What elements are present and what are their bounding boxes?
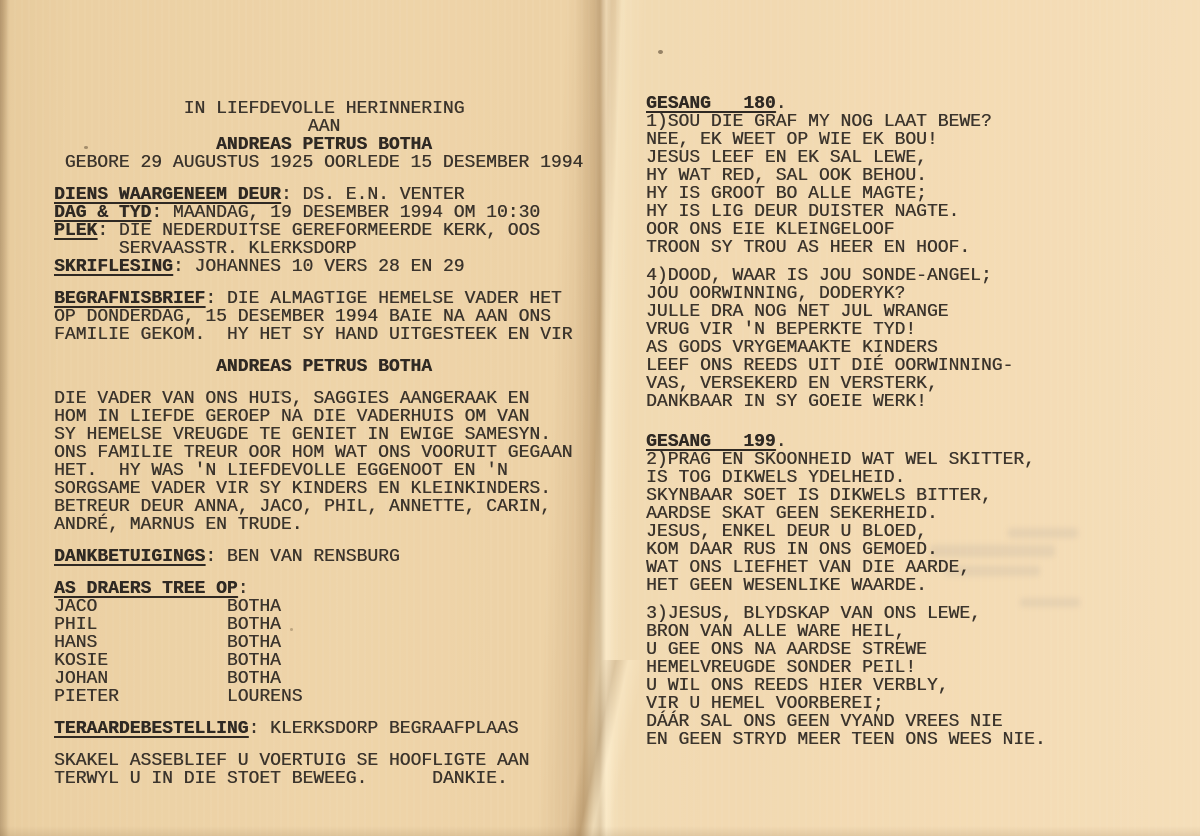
pallbearer-row-4: KOSIEBOTHA: [54, 652, 594, 670]
line-text: HY IS GROOT BO ALLE MAGTE;: [646, 184, 927, 204]
line-text: .: [776, 94, 787, 114]
line-text: KOM DAAR RUS IN ONS GEMOED.: [646, 540, 938, 560]
left-page-column: IN LIEFDEVOLLE HERINNERINGAANANDREAS PET…: [54, 100, 594, 788]
underlined-label: AS DRAERS TREE OP: [54, 579, 238, 599]
line-text: SORGSAME VADER VIR SY KINDERS EN KLEINKI…: [54, 479, 551, 499]
line-gap: [54, 172, 594, 186]
line-text: IN LIEFDEVOLLE HERINNERING: [184, 99, 465, 119]
deceased-name-repeat: ANDREAS PETRUS BOTHA: [54, 358, 594, 376]
line-text: HET. HY WAS 'N LIEFDEVOLLE EGGENOOT EN '…: [54, 461, 508, 481]
pallbearer-row-6: PIETERLOURENS: [54, 688, 594, 706]
hymn-199-v3-line-2: BRON VAN ALLE WARE HEIL,: [646, 623, 1176, 641]
line-text: 2)PRAG EN SKOONHEID WAT WEL SKITTER,: [646, 450, 1035, 470]
line-text: : BEN VAN RENSBURG: [205, 547, 399, 567]
hymn-180-v4-line-5: AS GODS VRYGEMAAKTE KINDERS: [646, 339, 1176, 357]
hymn-199-v2-line-3: SKYNBAAR SOET IS DIKWELS BITTER,: [646, 487, 1176, 505]
hymn-199-v3-line-7: DÁÁR SAL ONS GEEN VYAND VREES NIE: [646, 713, 1176, 731]
line-text: AARDSE SKAT GEEN SEKERHEID.: [646, 504, 938, 524]
hymn-180-v1-line-2: NEE, EK WEET OP WIE EK BOU!: [646, 131, 1176, 149]
hymn-199-heading: GESANG 199.: [646, 433, 1176, 451]
line-text: ANDRÉ, MARNUS EN TRUDE.: [54, 515, 302, 535]
tribute-line-7: BETREUR DEUR ANNA, JACO, PHIL, ANNETTE, …: [54, 498, 594, 516]
line-text: AS GODS VRYGEMAAKTE KINDERS: [646, 338, 938, 358]
line-gap: [646, 411, 1176, 433]
line-gap: [54, 534, 594, 548]
hymn-180-heading: GESANG 180.: [646, 95, 1176, 113]
hymn-199-v2-line-1: 2)PRAG EN SKOONHEID WAT WEL SKITTER,: [646, 451, 1176, 469]
hymn-180-v1-line-3: JESUS LEEF EN EK SAL LEWE,: [646, 149, 1176, 167]
hymn-199-v3-line-8: EN GEEN STRYD MEER TEEN ONS WEES NIE.: [646, 731, 1176, 749]
line-text: : KLERKSDORP BEGRAAFPLAAS: [248, 719, 518, 739]
funeral-letter-line-3: FAMILIE GEKOM. HY HET SY HAND UITGESTEEK…: [54, 326, 594, 344]
hymn-199-v3-line-6: VIR U HEMEL VOORBEREI;: [646, 695, 1176, 713]
line-text: JULLE DRA NOG NET JUL WRANGE: [646, 302, 948, 322]
line-text: DÁÁR SAL ONS GEEN VYAND VREES NIE: [646, 712, 1002, 732]
tribute-line-8: ANDRÉ, MARNUS EN TRUDE.: [54, 516, 594, 534]
scan-speck: [658, 50, 663, 54]
funeral-letter-line-1: BEGRAFNISBRIEF: DIE ALMAGTIGE HEMELSE VA…: [54, 290, 594, 308]
hymn-180-v4-line-6: LEEF ONS REEDS UIT DIÉ OORWINNING-: [646, 357, 1176, 375]
pallbearer-row-2: PHILBOTHA: [54, 616, 594, 634]
line-text: : DIE ALMAGTIGE HEMELSE VADER HET: [205, 289, 561, 309]
line-gap: [54, 706, 594, 720]
line-text: : MAANDAG, 19 DESEMBER 1994 OM 10:30: [151, 203, 540, 223]
hymn-199-v3-line-3: U GEE ONS NA AARDSE STREWE: [646, 641, 1176, 659]
hymn-199-v3-line-1: 3)JESUS, BLYDSKAP VAN ONS LEWE,: [646, 605, 1176, 623]
line-gap: [54, 344, 594, 358]
service-location-cont: SERVAASSTR. KLERKSDORP: [54, 240, 594, 258]
hymn-199-v2-line-6: KOM DAAR RUS IN ONS GEMOED.: [646, 541, 1176, 559]
line-gap: [54, 276, 594, 290]
line-text: OOR ONS EIE KLEINGELOOF: [646, 220, 894, 240]
line-text: VRUG VIR 'N BEPERKTE TYD!: [646, 320, 916, 340]
pallbearer-row-3: HANSBOTHA: [54, 634, 594, 652]
line-text: VAS, VERSEKERD EN VERSTERK,: [646, 374, 938, 394]
line-text: AAN: [308, 117, 340, 137]
funeral-letter-line-2: OP DONDERDAG, 15 DESEMBER 1994 BAIE NA A…: [54, 308, 594, 326]
pallbearer-first-name: KOSIE: [54, 652, 227, 670]
underlined-label: TERAARDEBESTELLING: [54, 719, 248, 739]
acknowledgements: DANKBETUIGINGS: BEN VAN RENSBURG: [54, 548, 594, 566]
hymn-199-v3-line-4: HEMELVREUGDE SONDER PEIL!: [646, 659, 1176, 677]
hymn-199-v3-line-5: U WIL ONS REEDS HIER VERBLY,: [646, 677, 1176, 695]
pallbearer-surname: BOTHA: [227, 597, 281, 617]
line-text: EN GEEN STRYD MEER TEEN ONS WEES NIE.: [646, 730, 1046, 750]
line-text: BETREUR DEUR ANNA, JACO, PHIL, ANNETTE, …: [54, 497, 551, 517]
line-text: : JOHANNES 10 VERS 28 EN 29: [173, 257, 465, 277]
hymn-180-v1-line-8: TROON SY TROU AS HEER EN HOOF.: [646, 239, 1176, 257]
birth-death-dates: GEBORE 29 AUGUSTUS 1925 OORLEDE 15 DESEM…: [54, 154, 594, 172]
line-text: U GEE ONS NA AARDSE STREWE: [646, 640, 927, 660]
line-text: 4)DOOD, WAAR IS JOU SONDE-ANGEL;: [646, 266, 992, 286]
line-text: ANDREAS PETRUS BOTHA: [216, 135, 432, 155]
line-text: HEMELVREUGDE SONDER PEIL!: [646, 658, 916, 678]
pallbearers-heading: AS DRAERS TREE OP:: [54, 580, 594, 598]
underlined-label: DIENS WAARGENEEM DEUR: [54, 185, 281, 205]
line-text: BRON VAN ALLE WARE HEIL,: [646, 622, 905, 642]
hymn-180-v1-line-6: HY IS LIG DEUR DUISTER NAGTE.: [646, 203, 1176, 221]
pallbearer-first-name: PHIL: [54, 616, 227, 634]
line-gap: [54, 566, 594, 580]
headlights-note-line-1: SKAKEL ASSEBLIEF U VOERTUIG SE HOOFLIGTE…: [54, 752, 594, 770]
tribute-line-1: DIE VADER VAN ONS HUIS, SAGGIES AANGERAA…: [54, 390, 594, 408]
line-text: 1)SOU DIE GRAF MY NOG LAAT BEWE?: [646, 112, 992, 132]
tribute-line-2: HOM IN LIEFDE GEROEP NA DIE VADERHUIS OM…: [54, 408, 594, 426]
scripture-reading: SKRIFLESING: JOHANNES 10 VERS 28 EN 29: [54, 258, 594, 276]
underlined-label: DANKBETUIGINGS: [54, 547, 205, 567]
line-text: U WIL ONS REEDS HIER VERBLY,: [646, 676, 948, 696]
hymn-199-v2-line-8: HET GEEN WESENLIKE WAARDE.: [646, 577, 1176, 595]
line-text: .: [776, 432, 787, 452]
line-text: SERVAASSTR. KLERKSDORP: [54, 239, 356, 259]
underlined-label: SKRIFLESING: [54, 257, 173, 277]
line-text: WAT ONS LIEFHET VAN DIE AARDE,: [646, 558, 970, 578]
hymn-180-v4-line-8: DANKBAAR IN SY GOEIE WERK!: [646, 393, 1176, 411]
hymn-180-v4-line-7: VAS, VERSEKERD EN VERSTERK,: [646, 375, 1176, 393]
line-text: JOU OORWINNING, DODERYK?: [646, 284, 905, 304]
right-page-column: GESANG 180.1)SOU DIE GRAF MY NOG LAAT BE…: [646, 95, 1176, 749]
pallbearer-row-1: JACOBOTHA: [54, 598, 594, 616]
line-text: JESUS, ENKEL DEUR U BLOED,: [646, 522, 927, 542]
line-text: : DIE NEDERDUITSE GEREFORMEERDE KERK, OO…: [97, 221, 540, 241]
line-text: HY IS LIG DEUR DUISTER NAGTE.: [646, 202, 959, 222]
hymn-180-v1-line-4: HY WAT RED, SAL OOK BEHOU.: [646, 167, 1176, 185]
hymn-180-v4-line-2: JOU OORWINNING, DODERYK?: [646, 285, 1176, 303]
line-text: JESUS LEEF EN EK SAL LEWE,: [646, 148, 927, 168]
underlined-label: PLEK: [54, 221, 97, 241]
line-text: ONS FAMILIE TREUR OOR HOM WAT ONS VOORUI…: [54, 443, 572, 463]
paper-left-edge-shadow: [0, 0, 10, 836]
memorial-aan: AAN: [54, 118, 594, 136]
pallbearer-first-name: HANS: [54, 634, 227, 652]
burial-place: TERAARDEBESTELLING: KLERKSDORP BEGRAAFPL…: [54, 720, 594, 738]
headlights-note-line-2: TERWYL U IN DIE STOET BEWEEG. DANKIE.: [54, 770, 594, 788]
line-text: GEBORE 29 AUGUSTUS 1925 OORLEDE 15 DESEM…: [65, 153, 583, 173]
line-text: SY HEMELSE VREUGDE TE GENIET IN EWIGE SA…: [54, 425, 551, 445]
hymn-180-v4-line-4: VRUG VIR 'N BEPERKTE TYD!: [646, 321, 1176, 339]
tribute-line-4: ONS FAMILIE TREUR OOR HOM WAT ONS VOORUI…: [54, 444, 594, 462]
hymn-180-v4-line-3: JULLE DRA NOG NET JUL WRANGE: [646, 303, 1176, 321]
line-text: DANKBAAR IN SY GOEIE WERK!: [646, 392, 927, 412]
underlined-label: GESANG 199: [646, 432, 776, 452]
line-text: TERWYL U IN DIE STOET BEWEEG. DANKIE.: [54, 769, 508, 789]
line-text: 3)JESUS, BLYDSKAP VAN ONS LEWE,: [646, 604, 981, 624]
tribute-line-3: SY HEMELSE VREUGDE TE GENIET IN EWIGE SA…: [54, 426, 594, 444]
pallbearer-surname: BOTHA: [227, 633, 281, 653]
paper-bottom-edge-shadow: [0, 826, 1200, 836]
hymn-180-v1-line-7: OOR ONS EIE KLEINGELOOF: [646, 221, 1176, 239]
line-text: SKAKEL ASSEBLIEF U VOERTUIG SE HOOFLIGTE…: [54, 751, 529, 771]
deceased-name: ANDREAS PETRUS BOTHA: [54, 136, 594, 154]
hymn-180-v1-line-1: 1)SOU DIE GRAF MY NOG LAAT BEWE?: [646, 113, 1176, 131]
line-text: IS TOG DIKWELS YDELHEID.: [646, 468, 905, 488]
line-text: VIR U HEMEL VOORBEREI;: [646, 694, 884, 714]
hymn-199-v2-line-7: WAT ONS LIEFHET VAN DIE AARDE,: [646, 559, 1176, 577]
pallbearer-first-name: JOHAN: [54, 670, 227, 688]
pallbearer-surname: BOTHA: [227, 669, 281, 689]
line-text: HOM IN LIEFDE GEROEP NA DIE VADERHUIS OM…: [54, 407, 529, 427]
service-datetime: DAG & TYD: MAANDAG, 19 DESEMBER 1994 OM …: [54, 204, 594, 222]
pallbearer-first-name: PIETER: [54, 688, 227, 706]
memorial-title: IN LIEFDEVOLLE HERINNERING: [54, 100, 594, 118]
tribute-line-6: SORGSAME VADER VIR SY KINDERS EN KLEINKI…: [54, 480, 594, 498]
line-text: NEE, EK WEET OP WIE EK BOU!: [646, 130, 938, 150]
hymn-199-v2-line-2: IS TOG DIKWELS YDELHEID.: [646, 469, 1176, 487]
pallbearer-surname: BOTHA: [227, 651, 281, 671]
line-text: DIE VADER VAN ONS HUIS, SAGGIES AANGERAA…: [54, 389, 529, 409]
pallbearer-surname: LOURENS: [227, 687, 303, 707]
underlined-label: DAG & TYD: [54, 203, 151, 223]
line-text: HY WAT RED, SAL OOK BEHOU.: [646, 166, 927, 186]
tribute-line-5: HET. HY WAS 'N LIEFDEVOLLE EGGENOOT EN '…: [54, 462, 594, 480]
service-location: PLEK: DIE NEDERDUITSE GEREFORMEERDE KERK…: [54, 222, 594, 240]
line-text: SKYNBAAR SOET IS DIKWELS BITTER,: [646, 486, 992, 506]
line-text: ANDREAS PETRUS BOTHA: [216, 357, 432, 377]
line-gap: [54, 376, 594, 390]
pallbearer-row-5: JOHANBOTHA: [54, 670, 594, 688]
hymn-180-v1-line-5: HY IS GROOT BO ALLE MAGTE;: [646, 185, 1176, 203]
hymn-199-v2-line-5: JESUS, ENKEL DEUR U BLOED,: [646, 523, 1176, 541]
line-text: TROON SY TROU AS HEER EN HOOF.: [646, 238, 970, 258]
underlined-label: GESANG 180: [646, 94, 776, 114]
pallbearer-first-name: JACO: [54, 598, 227, 616]
hymn-199-v2-line-4: AARDSE SKAT GEEN SEKERHEID.: [646, 505, 1176, 523]
line-text: : DS. E.N. VENTER: [281, 185, 465, 205]
scanned-funeral-program: IN LIEFDEVOLLE HERINNERINGAANANDREAS PET…: [0, 0, 1200, 836]
line-text: OP DONDERDAG, 15 DESEMBER 1994 BAIE NA A…: [54, 307, 551, 327]
hymn-180-v4-line-1: 4)DOOD, WAAR IS JOU SONDE-ANGEL;: [646, 267, 1176, 285]
line-text: :: [238, 579, 249, 599]
line-gap: [54, 738, 594, 752]
line-text: LEEF ONS REEDS UIT DIÉ OORWINNING-: [646, 356, 1013, 376]
service-leader: DIENS WAARGENEEM DEUR: DS. E.N. VENTER: [54, 186, 594, 204]
pallbearer-surname: BOTHA: [227, 615, 281, 635]
line-text: HET GEEN WESENLIKE WAARDE.: [646, 576, 927, 596]
underlined-label: BEGRAFNISBRIEF: [54, 289, 205, 309]
line-text: FAMILIE GEKOM. HY HET SY HAND UITGESTEEK…: [54, 325, 572, 345]
